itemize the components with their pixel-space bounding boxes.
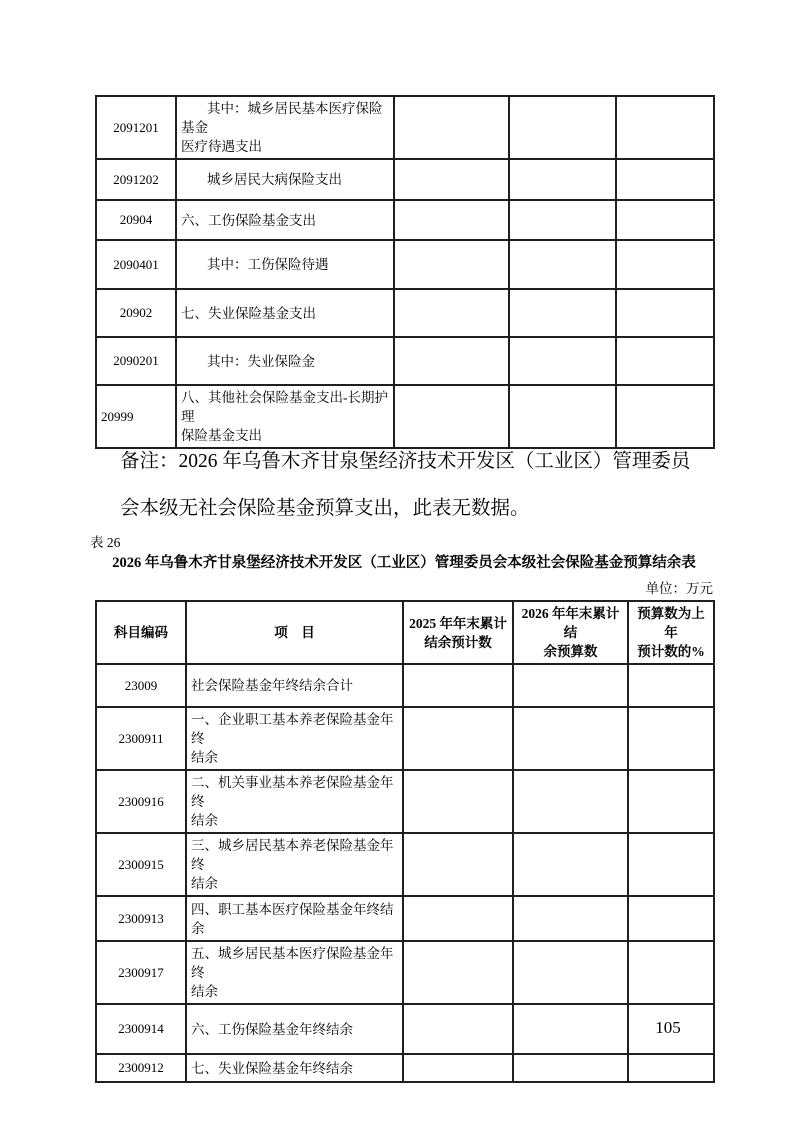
table-row: 2300916二、机关事业基本养老保险基金年终 结余 [96, 770, 714, 833]
value-cell [616, 96, 714, 159]
page-number: 105 [638, 1018, 698, 1038]
code-cell: 2300917 [96, 941, 186, 1004]
item-cell: 五、城乡居民基本医疗保险基金年终 结余 [186, 941, 403, 1004]
code-cell: 2300916 [96, 770, 186, 833]
table-label: 表 26 [90, 531, 120, 551]
column-header: 项 目 [186, 601, 403, 664]
code-cell: 2300913 [96, 896, 186, 941]
balance-table-body: 23009社会保险基金年终结余合计2300911一、企业职工基本养老保险基金年终… [96, 664, 714, 1082]
table-row: 2300914六、工伤保险基金年终结余 [96, 1004, 714, 1054]
value-cell [509, 337, 616, 385]
expenditure-table: 2091201其中：城乡居民基本医疗保险基金 医疗待遇支出2091202城乡居民… [95, 95, 715, 449]
value-cell [509, 96, 616, 159]
balance-table: 科目编码项 目2025 年年末累计 结余预计数2026 年年末累计结 余预算数预… [95, 600, 715, 1083]
value-cell [403, 941, 513, 1004]
value-cell [616, 200, 714, 240]
value-cell [509, 289, 616, 337]
value-cell [394, 337, 509, 385]
value-cell [509, 240, 616, 289]
value-cell [628, 707, 714, 770]
document-page: 2091201其中：城乡居民基本医疗保险基金 医疗待遇支出2091202城乡居民… [0, 0, 793, 1122]
value-cell [513, 896, 628, 941]
code-cell: 2300915 [96, 833, 186, 896]
value-cell [513, 770, 628, 833]
code-cell: 2300912 [96, 1054, 186, 1082]
item-cell: 七、失业保险基金支出 [176, 289, 394, 337]
value-cell [394, 159, 509, 200]
value-cell [513, 707, 628, 770]
value-cell [513, 833, 628, 896]
balance-table-header: 科目编码项 目2025 年年末累计 结余预计数2026 年年末累计结 余预算数预… [96, 601, 714, 664]
value-cell [403, 833, 513, 896]
item-cell: 六、工伤保险基金年终结余 [186, 1004, 403, 1054]
item-cell: 三、城乡居民基本养老保险基金年终 结余 [186, 833, 403, 896]
code-cell: 20904 [96, 200, 176, 240]
table-row: 2300915三、城乡居民基本养老保险基金年终 结余 [96, 833, 714, 896]
value-cell [616, 289, 714, 337]
header-row: 科目编码项 目2025 年年末累计 结余预计数2026 年年末累计结 余预算数预… [96, 601, 714, 664]
table-row: 20902七、失业保险基金支出 [96, 289, 714, 337]
value-cell [403, 1004, 513, 1054]
table-row: 2090401其中：工伤保险待遇 [96, 240, 714, 289]
code-cell: 20902 [96, 289, 176, 337]
code-cell: 23009 [96, 664, 186, 707]
table-row: 2300917五、城乡居民基本医疗保险基金年终 结余 [96, 941, 714, 1004]
value-cell [513, 1004, 628, 1054]
column-header: 2025 年年末累计 结余预计数 [403, 601, 513, 664]
value-cell [628, 1054, 714, 1082]
item-cell: 六、工伤保险基金支出 [176, 200, 394, 240]
value-cell [628, 770, 714, 833]
value-cell [403, 770, 513, 833]
value-cell [616, 337, 714, 385]
column-header: 预算数为上年 预计数的% [628, 601, 714, 664]
value-cell [394, 96, 509, 159]
item-cell: 四、职工基本医疗保险基金年终结余 [186, 896, 403, 941]
item-cell: 二、机关事业基本养老保险基金年终 结余 [186, 770, 403, 833]
item-cell: 城乡居民大病保险支出 [176, 159, 394, 200]
value-cell [509, 159, 616, 200]
item-cell: 其中：失业保险金 [176, 337, 394, 385]
code-cell: 2091202 [96, 159, 176, 200]
value-cell [616, 159, 714, 200]
code-cell: 2090201 [96, 337, 176, 385]
table-title: 2026 年乌鲁木齐甘泉堡经济技术开发区（工业区）管理委员会本级社会保险基金预算… [95, 551, 713, 572]
value-cell [628, 664, 714, 707]
value-cell [403, 896, 513, 941]
value-cell [513, 941, 628, 1004]
value-cell [394, 240, 509, 289]
value-cell [403, 1054, 513, 1082]
table-row: 2300911一、企业职工基本养老保险基金年终 结余 [96, 707, 714, 770]
item-cell: 其中：工伤保险待遇 [176, 240, 394, 289]
value-cell [513, 664, 628, 707]
column-header: 2026 年年末累计结 余预算数 [513, 601, 628, 664]
code-cell: 2300914 [96, 1004, 186, 1054]
table-row: 2091202城乡居民大病保险支出 [96, 159, 714, 200]
table-row: 2300912七、失业保险基金年终结余 [96, 1054, 714, 1082]
value-cell [616, 240, 714, 289]
value-cell [509, 200, 616, 240]
table-row: 20904六、工伤保险基金支出 [96, 200, 714, 240]
value-cell [628, 896, 714, 941]
item-cell: 社会保险基金年终结余合计 [186, 664, 403, 707]
value-cell [394, 289, 509, 337]
item-cell: 其中：城乡居民基本医疗保险基金 医疗待遇支出 [176, 96, 394, 159]
unit-label: 单位：万元 [95, 577, 713, 597]
value-cell [513, 1054, 628, 1082]
value-cell [628, 941, 714, 1004]
table-row: 2090201其中：失业保险金 [96, 337, 714, 385]
code-cell: 2090401 [96, 240, 176, 289]
value-cell [403, 664, 513, 707]
value-cell [403, 707, 513, 770]
item-cell: 七、失业保险基金年终结余 [186, 1054, 403, 1082]
expenditure-table-body: 2091201其中：城乡居民基本医疗保险基金 医疗待遇支出2091202城乡居民… [96, 96, 714, 448]
code-cell: 2300911 [96, 707, 186, 770]
table-row: 23009社会保险基金年终结余合计 [96, 664, 714, 707]
note-text: 备注：2026 年乌鲁木齐甘泉堡经济技术开发区（工业区）管理委员 会本级无社会保… [120, 438, 730, 532]
column-header: 科目编码 [96, 601, 186, 664]
code-cell: 2091201 [96, 96, 176, 159]
table-row: 2091201其中：城乡居民基本医疗保险基金 医疗待遇支出 [96, 96, 714, 159]
item-cell: 一、企业职工基本养老保险基金年终 结余 [186, 707, 403, 770]
table-row: 2300913四、职工基本医疗保险基金年终结余 [96, 896, 714, 941]
value-cell [394, 200, 509, 240]
value-cell [628, 833, 714, 896]
